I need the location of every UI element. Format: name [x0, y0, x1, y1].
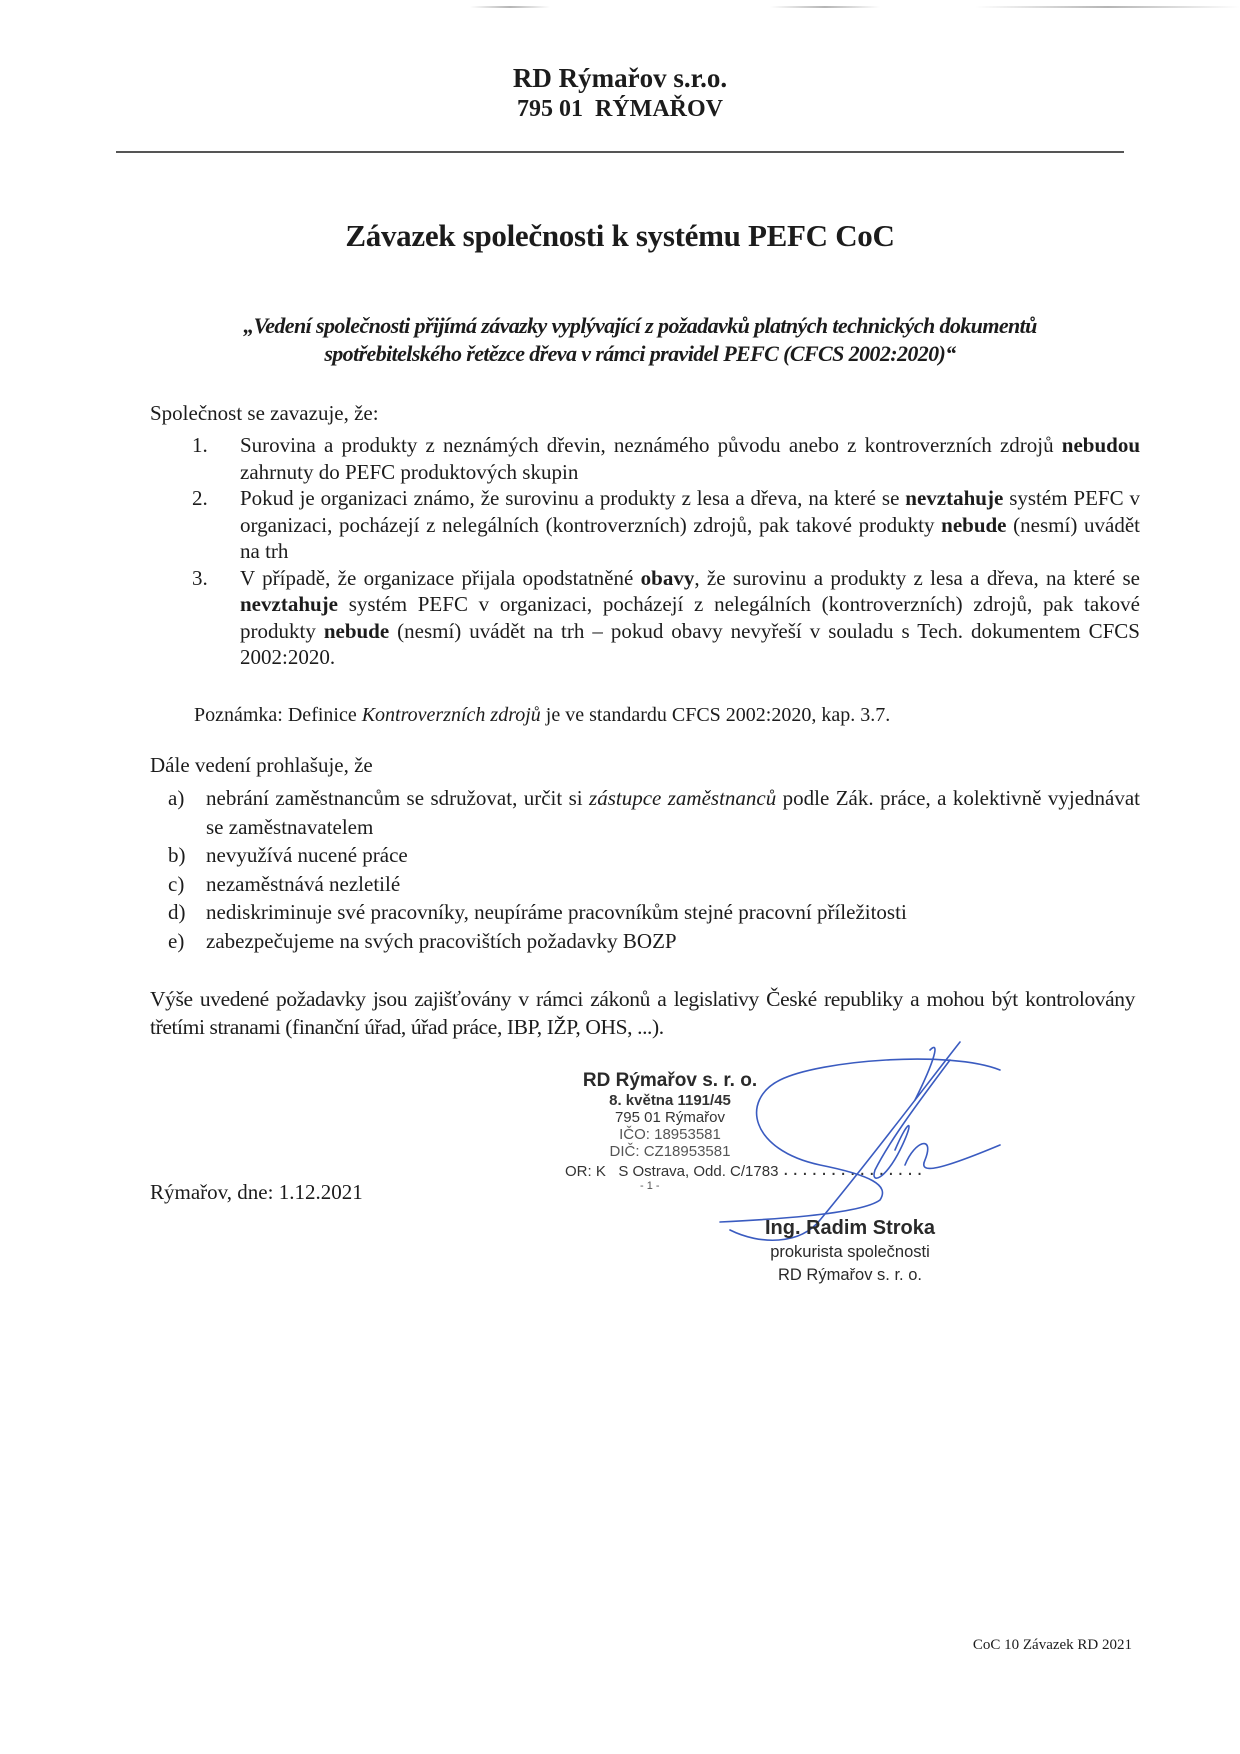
italic-text: zástupce zaměstnanců	[589, 786, 776, 810]
declaration-item: e)zabezpečujeme na svých pracovištích po…	[160, 927, 1140, 956]
declaration-item: b)nevyužívá nucené práce	[160, 841, 1140, 870]
emphasis-text: nevztahuje	[905, 486, 1003, 510]
signatory-company: RD Rýmařov s. r. o.	[740, 1264, 960, 1287]
stamp-page-marker: - 1 -	[640, 1180, 660, 1192]
item-text: nediskriminuje své pracovníky, neupíráme…	[206, 900, 907, 924]
item-text: nezaměstnává nezletilé	[206, 872, 400, 896]
header-divider	[116, 151, 1124, 153]
quote-line-2: spotřebitelského řetězce dřeva v rámci p…	[150, 340, 1130, 368]
note-italic: Kontroverzních zdrojů	[362, 704, 541, 726]
item-text: nebrání zaměstnancům se sdružovat, určit…	[206, 786, 589, 810]
closing-paragraph: Výše uvedené požadavky jsou zajišťovány …	[150, 985, 1135, 1041]
letterhead-city: 795 01 RÝMAŘOV	[0, 94, 1240, 124]
signatory-block: Ing. Radim Stroka prokurista společnosti…	[740, 1215, 960, 1287]
list-letter: c)	[168, 870, 184, 899]
item-text: nevyužívá nucené práce	[206, 843, 408, 867]
list-letter: e)	[168, 927, 184, 956]
commitment-item: 1.Surovina a produkty z neznámých dřevin…	[180, 432, 1140, 485]
list-letter: a)	[168, 784, 184, 813]
commitment-item: 3.V případě, že organizace přijala opods…	[180, 565, 1140, 671]
declarations-list: a)nebrání zaměstnancům se sdružovat, urč…	[160, 784, 1140, 955]
declaration-item: d)nediskriminuje své pracovníky, neupírá…	[160, 898, 1140, 927]
commitments-list: 1.Surovina a produkty z neznámých dřevin…	[180, 432, 1140, 671]
item-text: zahrnuty do PEFC produktových skupin	[240, 460, 578, 484]
commitments-note: Poznámka: Definice Kontroverzních zdrojů…	[194, 702, 890, 728]
list-number: 3.	[192, 565, 208, 592]
scan-artifact	[770, 6, 880, 8]
item-text: , že surovinu a produkty z lesa a dřeva,…	[694, 566, 1140, 590]
item-text: V případě, že organizace přijala opodsta…	[240, 566, 641, 590]
emphasis-text: nebude	[324, 619, 389, 643]
document-footer: CoC 10 Závazek RD 2021	[973, 1637, 1132, 1654]
signatory-name: Ing. Radim Stroka	[740, 1215, 960, 1241]
declaration-item: a)nebrání zaměstnancům se sdružovat, urč…	[160, 784, 1140, 841]
item-text: Surovina a produkty z neznámých dřevin, …	[240, 433, 1062, 457]
item-text: Pokud je organizaci známo, že surovinu a…	[240, 486, 905, 510]
declarations-intro: Dále vedení prohlašuje, že	[150, 752, 373, 778]
signatory-role: prokurista společnosti	[740, 1241, 960, 1264]
document-title: Závazek společnosti k systému PEFC CoC	[0, 218, 1240, 254]
quote-line-1: „Vedení společnosti přijímá závazky vypl…	[150, 312, 1130, 340]
management-quote: „Vedení společnosti přijímá závazky vypl…	[150, 312, 1130, 368]
emphasis-text: nebude	[941, 513, 1006, 537]
note-suffix: je ve standardu CFCS 2002:2020, kap. 3.7…	[541, 704, 890, 726]
commitments-intro: Společnost se zavazuje, že:	[150, 400, 379, 426]
letterhead: RD Rýmařov s.r.o. 795 01 RÝMAŘOV	[0, 62, 1240, 124]
emphasis-text: obavy	[641, 566, 695, 590]
scan-artifact	[975, 6, 1240, 8]
letterhead-company: RD Rýmařov s.r.o.	[0, 62, 1240, 94]
list-number: 2.	[192, 485, 208, 512]
list-number: 1.	[192, 432, 208, 459]
emphasis-text: nevztahuje	[240, 592, 338, 616]
list-letter: b)	[168, 841, 186, 870]
commitment-item: 2.Pokud je organizaci známo, že surovinu…	[180, 485, 1140, 565]
emphasis-text: nebudou	[1062, 433, 1140, 457]
note-prefix: Poznámka: Definice	[194, 704, 362, 726]
date-line: Rýmařov, dne: 1.12.2021	[150, 1180, 363, 1205]
list-letter: d)	[168, 898, 186, 927]
item-text: zabezpečujeme na svých pracovištích poža…	[206, 929, 677, 953]
scan-artifact	[470, 6, 550, 8]
declaration-item: c)nezaměstnává nezletilé	[160, 870, 1140, 899]
